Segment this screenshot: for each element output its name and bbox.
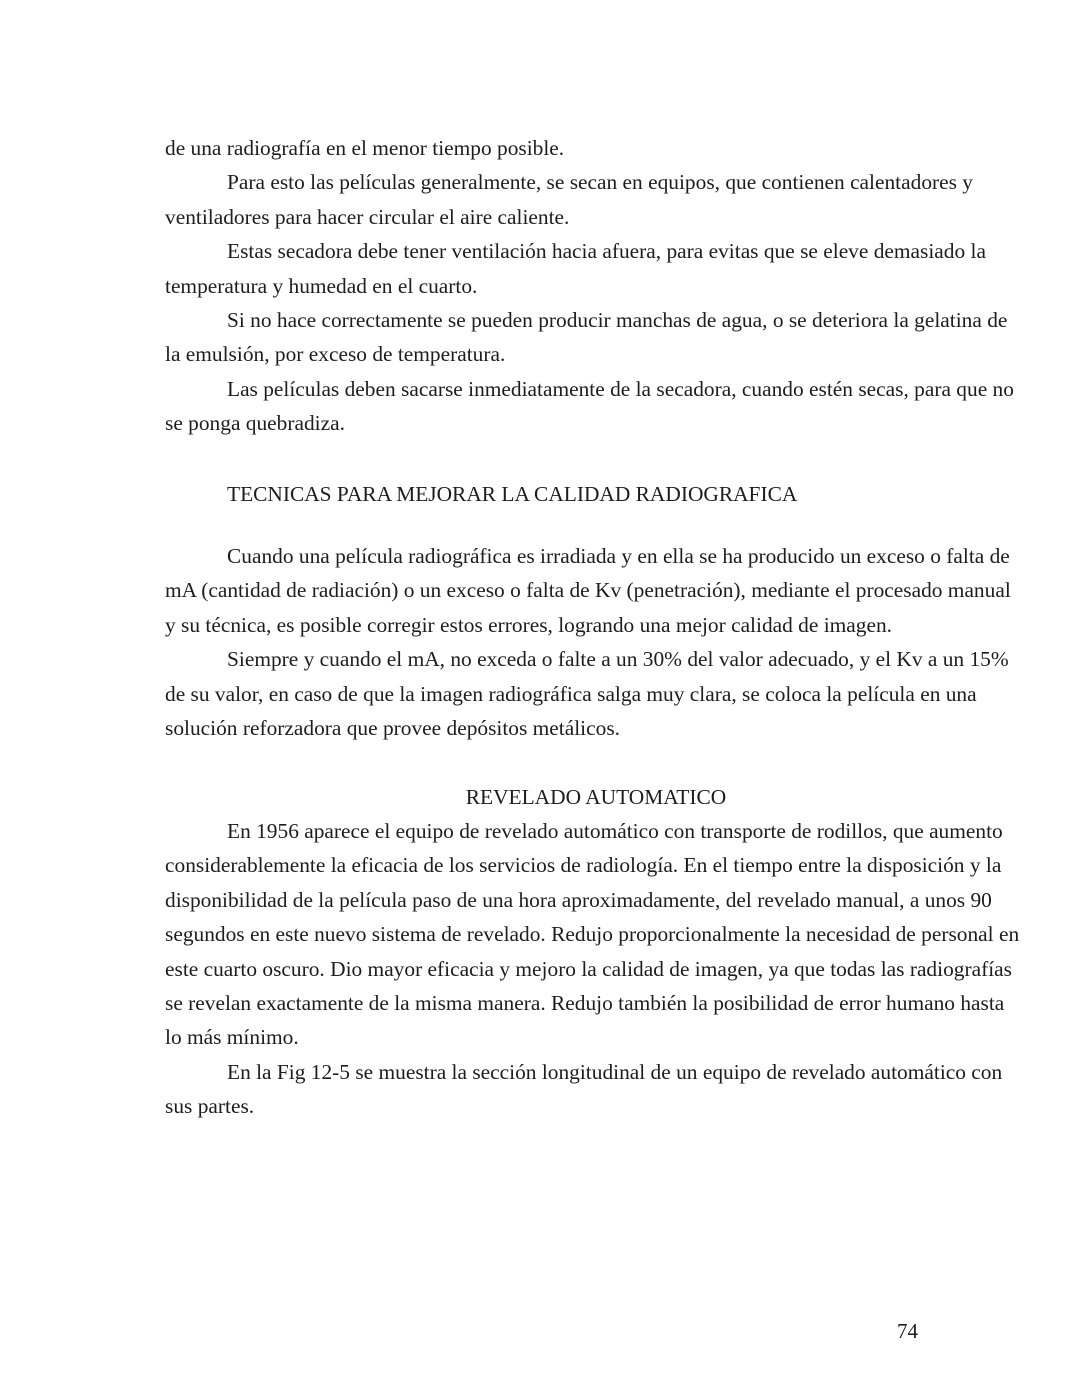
text-line: disponibilidad de la película paso de un…	[165, 883, 965, 917]
text-line: solución reforzadora que provee depósito…	[165, 711, 965, 745]
text-line: y su técnica, es posible corregir estos …	[165, 608, 965, 642]
paragraph: Si no hace correctamente se pueden produ…	[165, 303, 965, 372]
text-line: segundos en este nuevo sistema de revela…	[165, 917, 965, 951]
paragraph: Siempre y cuando el mA, no exceda o falt…	[165, 642, 965, 745]
text-line: de su valor, en caso de que la imagen ra…	[165, 677, 965, 711]
paragraph: de una radiografía en el menor tiempo po…	[165, 131, 965, 165]
text-line: este cuarto oscuro. Dio mayor eficacia y…	[165, 952, 965, 986]
section-heading: REVELADO AUTOMATICO	[165, 780, 965, 814]
text-line: Para esto las películas generalmente, se…	[165, 165, 965, 199]
text-line: ventiladores para hacer circular el aire…	[165, 200, 965, 234]
section-heading: TECNICAS PARA MEJORAR LA CALIDAD RADIOGR…	[165, 477, 965, 511]
text-line: REVELADO AUTOMATICO	[227, 780, 965, 814]
text-line: Las películas deben sacarse inmediatamen…	[165, 372, 965, 406]
text-line: sus partes.	[165, 1089, 965, 1123]
paragraph: Las películas deben sacarse inmediatamen…	[165, 372, 965, 441]
page-number: 74	[897, 1314, 918, 1348]
text-line: lo más mínimo.	[165, 1020, 965, 1054]
text-line: la emulsión, por exceso de temperatura.	[165, 337, 965, 371]
text-line: considerablemente la eficacia de los ser…	[165, 848, 965, 882]
paragraph: Cuando una película radiográfica es irra…	[165, 539, 965, 642]
document-body: de una radiografía en el menor tiempo po…	[165, 131, 965, 1124]
text-line: Cuando una película radiográfica es irra…	[165, 539, 965, 573]
text-line: se revelan exactamente de la misma maner…	[165, 986, 965, 1020]
paragraph: Estas secadora debe tener ventilación ha…	[165, 234, 965, 303]
text-line: Siempre y cuando el mA, no exceda o falt…	[165, 642, 965, 676]
text-line: temperatura y humedad en el cuarto.	[165, 269, 965, 303]
text-line: En la Fig 12-5 se muestra la sección lon…	[165, 1055, 965, 1089]
text-line: de una radiografía en el menor tiempo po…	[165, 131, 965, 165]
text-line: mA (cantidad de radiación) o un exceso o…	[165, 573, 965, 607]
text-line: se ponga quebradiza.	[165, 406, 965, 440]
document-page: de una radiografía en el menor tiempo po…	[0, 0, 1080, 1397]
paragraph: En la Fig 12-5 se muestra la sección lon…	[165, 1055, 965, 1124]
text-line: TECNICAS PARA MEJORAR LA CALIDAD RADIOGR…	[165, 477, 965, 511]
paragraph: Para esto las películas generalmente, se…	[165, 165, 965, 234]
text-line: Estas secadora debe tener ventilación ha…	[165, 234, 965, 268]
text-line: En 1956 aparece el equipo de revelado au…	[165, 814, 965, 848]
paragraph: En 1956 aparece el equipo de revelado au…	[165, 814, 965, 1055]
text-line: Si no hace correctamente se pueden produ…	[165, 303, 965, 337]
